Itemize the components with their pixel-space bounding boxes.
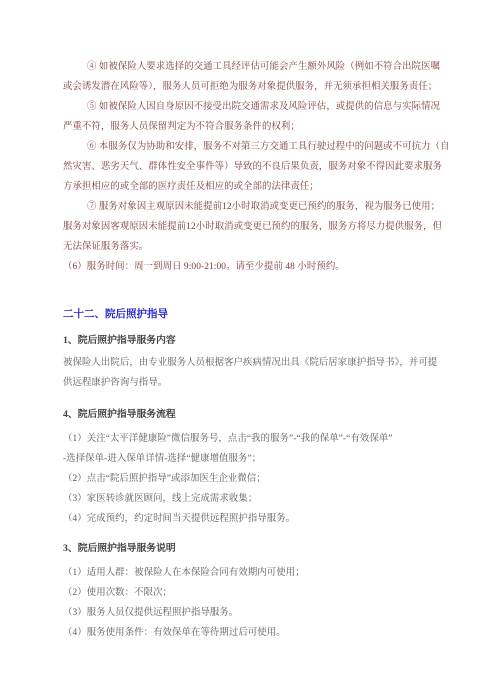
notice-line: ⑦ 服务对象因主观原因未能提前12小时取消或变更已预约的服务，视为服务已使用； xyxy=(63,197,435,217)
document-page: ④ 如被保险人要求选择的交通工具经评估可能会产生额外风险（例如不符合出院医嘱 或… xyxy=(0,0,495,700)
notice-line: 或会诱发潜在风险等），服务人员可拒绝为服务对象提供服务，并无须承担相关服务责任； xyxy=(63,77,435,97)
subsection-content: 1、院后照护指导服务内容 被保险人出院后，由专业服务人员根据客户疾病情况出具《院… xyxy=(63,333,435,393)
notice-line: ⑤ 如被保险人因自身原因不接受出院交通需求及风险评估，或提供的信息与实际情况 xyxy=(63,97,435,117)
notice-line: 无法保证服务落实。 xyxy=(63,237,435,257)
subsection-heading: 4、院后照护指导服务流程 xyxy=(63,407,435,423)
subsection-heading: 3、院后照护指导服务说明 xyxy=(63,541,435,557)
notice-line: 服务对象因客观原因未能提前12小时取消或变更已预约的服务，服务方将尽力提供服务，… xyxy=(63,217,435,237)
list-item-line: （1）关注“太平洋健康险”微信服务号，点击“我的服务”-“我的保单”-“有效保单… xyxy=(63,429,435,449)
notice-block: ④ 如被保险人要求选择的交通工具经评估可能会产生额外风险（例如不符合出院医嘱 或… xyxy=(63,57,435,277)
subsection-items: （1）关注“太平洋健康险”微信服务号，点击“我的服务”-“我的保单”-“有效保单… xyxy=(63,429,435,529)
list-item-line: （4）完成预约，约定时间当天提供远程照护指导服务。 xyxy=(63,509,435,529)
subsection-description: 3、院后照护指导服务说明 （1）适用人群：被保险人在本保险合同有效期内可使用； … xyxy=(63,541,435,643)
notice-line: ⑥ 本服务仅为协助和安排，服务不对第三方交通工具行驶过程中的问题或不可抗力（自 xyxy=(63,137,435,157)
notice-line: （6）服务时间：周一到周日 9:00-21:00。请至少提前 48 小时预约。 xyxy=(63,257,435,277)
subsection-heading: 1、院后照护指导服务内容 xyxy=(63,333,435,349)
subsection-flow: 4、院后照护指导服务流程 （1）关注“太平洋健康险”微信服务号，点击“我的服务”… xyxy=(63,407,435,529)
body-line: 被保险人出院后，由专业服务人员根据客户疾病情况出具《院后居家康护指导书》，并可提 xyxy=(63,353,435,373)
list-item-line: （2）使用次数：不限次； xyxy=(63,583,435,603)
list-item-line: （3）家医转诊就医顾问，线上完成需求收集； xyxy=(63,489,435,509)
section-title: 二十二、院后照护指导 xyxy=(63,307,435,323)
page-content: ④ 如被保险人要求选择的交通工具经评估可能会产生额外风险（例如不符合出院医嘱 或… xyxy=(0,0,495,643)
notice-line: 严重不符，服务人员保留判定为不符合服务条件的权利； xyxy=(63,117,435,137)
subsection-items: （1）适用人群：被保险人在本保险合同有效期内可使用； （2）使用次数：不限次； … xyxy=(63,563,435,643)
list-item-line: （3）服务人员仅提供远程照护指导服务。 xyxy=(63,603,435,623)
notice-line: 方承担相应的或全部的医疗责任及相应的或全部的法律责任； xyxy=(63,177,435,197)
list-item-line: （1）适用人群：被保险人在本保险合同有效期内可使用； xyxy=(63,563,435,583)
list-item-line: （4）服务使用条件：有效保单在等待期过后可使用。 xyxy=(63,623,435,643)
notice-line: ④ 如被保险人要求选择的交通工具经评估可能会产生额外风险（例如不符合出院医嘱 xyxy=(63,57,435,77)
list-item-line: -选择保单-进入保单详情-选择“健康增值服务”； xyxy=(63,449,435,469)
list-item-line: （2）点击“院后照护指导”或添加医生企业微信； xyxy=(63,469,435,489)
notice-line: 然灾害、恶劣天气、群体性安全事件等）导致的不良后果负责，服务对象不得因此要求服务 xyxy=(63,157,435,177)
body-line: 供远程康护咨询与指导。 xyxy=(63,373,435,393)
subsection-body: 被保险人出院后，由专业服务人员根据客户疾病情况出具《院后居家康护指导书》，并可提… xyxy=(63,353,435,393)
